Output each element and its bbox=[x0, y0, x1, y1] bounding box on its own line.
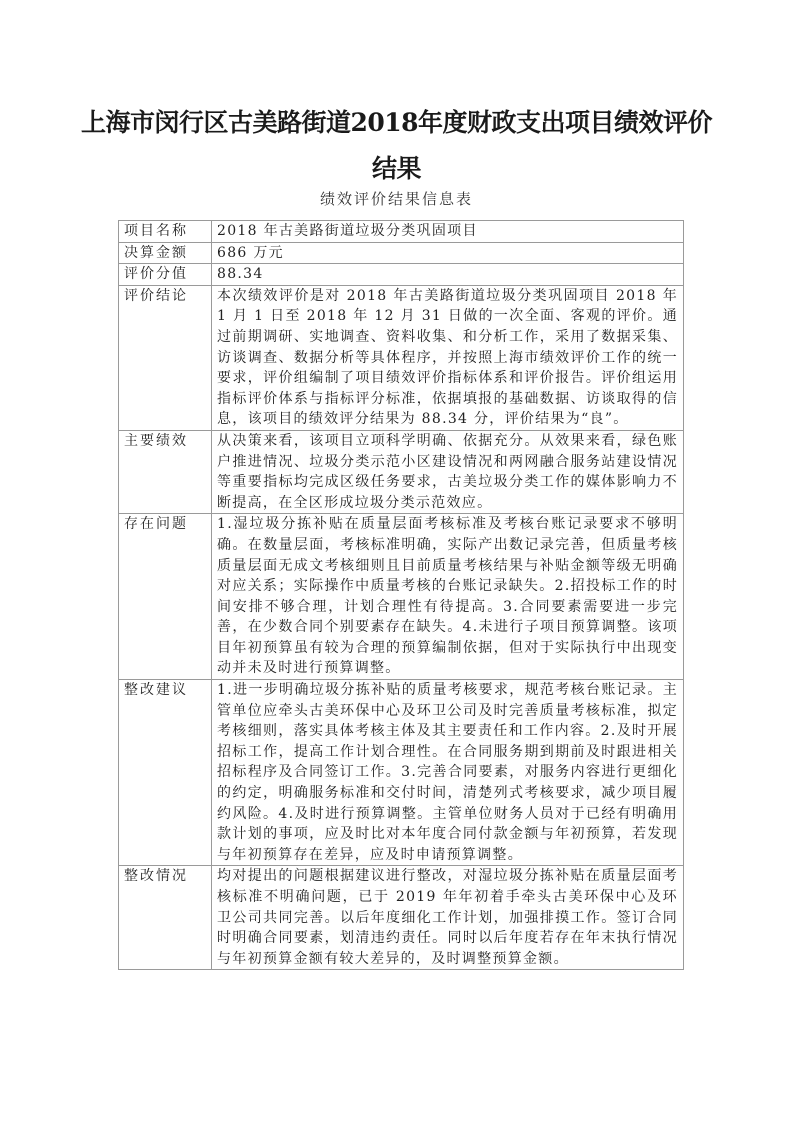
row-label: 整改建议 bbox=[119, 680, 212, 866]
row-value: 1.进一步明确垃圾分拣补贴的质量考核要求，规范考核台账记录。主管单位应牵头古美环… bbox=[212, 680, 684, 866]
table-row-problems: 存在问题 1.湿垃圾分拣补贴在质量层面考核标准及考核台账记录要求不够明确。在数量… bbox=[119, 514, 684, 680]
row-value: 2018 年古美路街道垃圾分类巩固项目 bbox=[212, 221, 684, 243]
row-label: 存在问题 bbox=[119, 514, 212, 680]
table-row-project-name: 项目名称 2018 年古美路街道垃圾分类巩固项目 bbox=[119, 221, 684, 243]
row-value: 从决策来看，该项目立项科学明确、依据充分。从效果来看，绿色账户推进情况、垃圾分类… bbox=[212, 430, 684, 513]
row-value: 88.34 bbox=[212, 264, 684, 286]
row-label: 评价结论 bbox=[119, 285, 212, 430]
table-row-conclusion: 评价结论 本次绩效评价是对 2018 年古美路街道垃圾分类巩固项目 2018 年… bbox=[119, 285, 684, 430]
row-value: 1.湿垃圾分拣补贴在质量层面考核标准及考核台账记录要求不够明确。在数量层面，考核… bbox=[212, 514, 684, 680]
row-label: 整改情况 bbox=[119, 866, 212, 970]
table-row-suggestions: 整改建议 1.进一步明确垃圾分拣补贴的质量考核要求，规范考核台账记录。主管单位应… bbox=[119, 680, 684, 866]
table-row-final-amount: 决算金额 686 万元 bbox=[119, 242, 684, 264]
document-title: 上海市闵行区古美路街道2018年度财政支出项目绩效评价结果 bbox=[80, 100, 713, 192]
row-label: 决算金额 bbox=[119, 242, 212, 264]
performance-evaluation-table: 项目名称 2018 年古美路街道垃圾分类巩固项目 决算金额 686 万元 评价分… bbox=[118, 220, 684, 970]
table-row-score: 评价分值 88.34 bbox=[119, 264, 684, 286]
table-caption: 绩效评价结果信息表 bbox=[0, 188, 793, 209]
row-label: 项目名称 bbox=[119, 221, 212, 243]
row-value: 686 万元 bbox=[212, 242, 684, 264]
table-row-rectification: 整改情况 均对提出的问题根据建议进行整改，对湿垃圾分拣补贴在质量层面考核标准不明… bbox=[119, 866, 684, 970]
row-label: 评价分值 bbox=[119, 264, 212, 286]
table-row-main-performance: 主要绩效 从决策来看，该项目立项科学明确、依据充分。从效果来看，绿色账户推进情况… bbox=[119, 430, 684, 513]
row-value: 均对提出的问题根据建议进行整改，对湿垃圾分拣补贴在质量层面考核标准不明确问题，已… bbox=[212, 866, 684, 970]
row-value: 本次绩效评价是对 2018 年古美路街道垃圾分类巩固项目 2018 年 1 月 … bbox=[212, 285, 684, 430]
row-label: 主要绩效 bbox=[119, 430, 212, 513]
